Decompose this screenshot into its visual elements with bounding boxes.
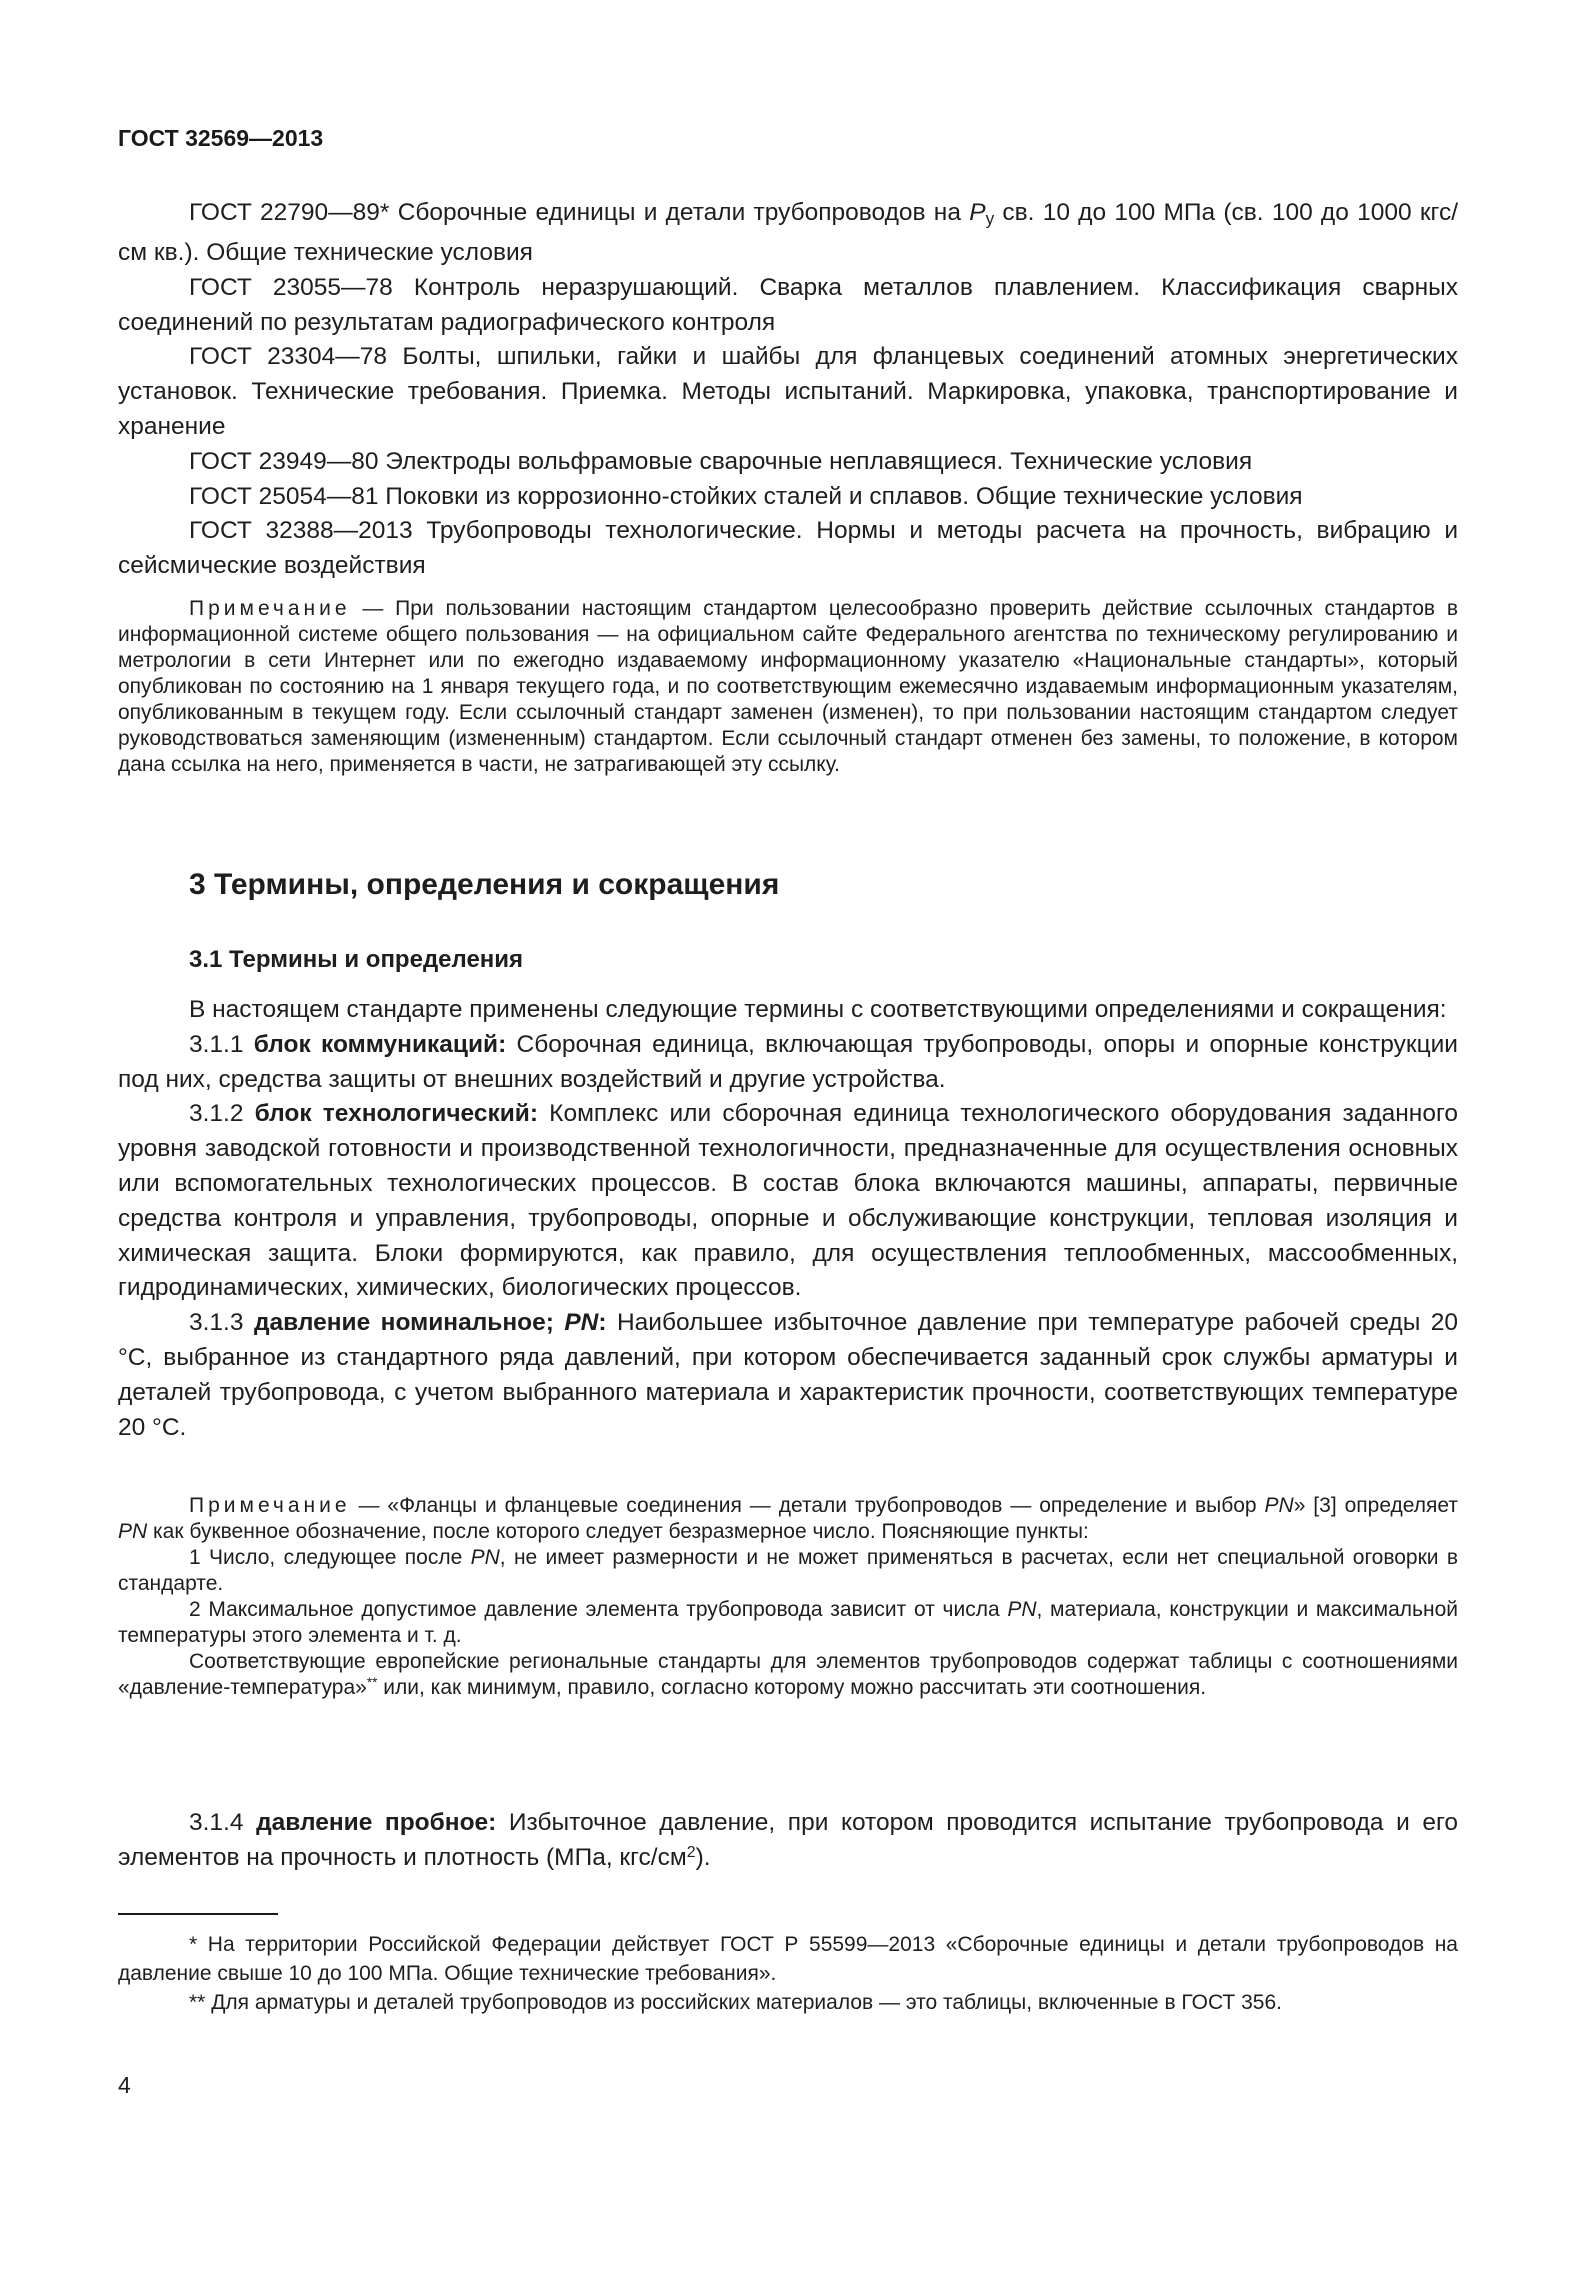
footnote-1: * На территории Российской Федерации дей… [118,1930,1458,1988]
subsection-3-1: 3.1 Термины и определения [118,946,1458,974]
note-text: — «Фланцы и фланцевые соединения — детал… [351,1494,1265,1517]
section-title: 3 Термины, определения и сокращения [118,868,1458,902]
note-text: как буквенное обозначение, после которог… [147,1520,1089,1543]
note-item-2: 2 Максимальное допустимое давление элеме… [118,1597,1458,1649]
term-3-1-1: 3.1.1 блок коммуникаций: Сборочная едини… [118,1028,1458,1098]
note-text: 1 Число, следующее после [189,1546,471,1569]
document-header-id: ГОСТ 32569—2013 [118,125,323,152]
reference-code: ГОСТ 32388—2013 [189,517,413,544]
footnote-mark: * [189,1933,208,1956]
note-text: 2 Максимальное допустимое давление элеме… [189,1598,1007,1621]
term-3-1-4: 3.1.4 давление пробное: Избыточное давле… [118,1806,1458,1876]
reference-item: ГОСТ 23949—80 Электроды вольфрамовые сва… [118,445,1458,480]
note-paragraph: Примечание — При пользовании настоящим с… [118,596,1458,778]
term-number: 3.1.4 [189,1809,256,1836]
pressure-subscript: y [986,208,995,228]
reference-code: ГОСТ 23055—78 [189,274,393,301]
footnotes: * На территории Российской Федерации дей… [118,1930,1458,2017]
pn-symbol: PN [1007,1598,1036,1621]
note-text: — При пользовании настоящим стандартом ц… [118,597,1458,776]
footnote-text: Для арматуры и деталей трубопроводов из … [211,1991,1282,2014]
footnote-divider [118,1913,278,1915]
term-3-1-3: 3.1.3 давление номинальное; PN: Наибольш… [118,1306,1458,1445]
term-name: давление номинальное; [254,1309,564,1336]
term-name: блок коммуникаций: [254,1031,507,1058]
pn-symbol: PN [1265,1494,1294,1517]
reference-item: ГОСТ 25054—81 Поковки из коррозионно-сто… [118,480,1458,515]
pressure-symbol: P [969,199,985,226]
reference-text: Электроды вольфрамовые сварочные неплавя… [385,448,1252,475]
note-text: или, как минимум, правило, согласно кото… [377,1676,1206,1699]
footnote-2: ** Для арматуры и деталей трубопроводов … [118,1988,1458,2017]
term-abbreviation: PN [564,1309,598,1336]
note-pn: Примечание — «Фланцы и фланцевые соедине… [118,1493,1458,1701]
term-3-1-4-block: 3.1.4 давление пробное: Избыточное давле… [118,1806,1458,1876]
note-label: Примечание [189,597,351,620]
superscript: 2 [687,1844,696,1861]
reference-text: Поковки из коррозионно-стойких сталей и … [385,483,1302,510]
references-list: ГОСТ 22790—89* Сборочные единицы и детал… [118,196,1458,584]
term-definition: ). [696,1844,711,1871]
term-colon: : [598,1309,606,1336]
reference-code: ГОСТ 23304—78 [189,343,387,370]
note-paragraph-2: Соответствующие европейские региональные… [118,1649,1458,1701]
reference-item: ГОСТ 32388—2013 Трубопроводы технологиче… [118,514,1458,584]
footnote-mark: ** [367,1675,378,1690]
reference-code: ГОСТ 22790—89* [189,199,389,226]
reference-item: ГОСТ 22790—89* Сборочные единицы и детал… [118,196,1458,271]
pn-symbol: PN [118,1520,147,1543]
pn-symbol: PN [471,1546,500,1569]
reference-code: ГОСТ 25054—81 [189,483,378,510]
footnote-mark: ** [189,1991,211,2014]
reference-item: ГОСТ 23304—78 Болты, шпильки, гайки и ша… [118,340,1458,444]
term-definition: Комплекс или сборочная единица технологи… [118,1100,1458,1301]
term-number: 3.1.3 [189,1309,254,1336]
footnote-text: На территории Российской Федерации дейст… [118,1933,1458,1985]
note-references: Примечание — При пользовании настоящим с… [118,596,1458,778]
reference-text: Сборочные единицы и детали трубопроводов… [398,199,970,226]
term-3-1-2: 3.1.2 блок технологический: Комплекс или… [118,1097,1458,1306]
page-number: 4 [118,2072,131,2099]
section-3: 3 Термины, определения и сокращения [118,868,1458,902]
term-number: 3.1.1 [189,1031,254,1058]
reference-item: ГОСТ 23055—78 Контроль неразрушающий. Св… [118,271,1458,341]
subsection-title: 3.1 Термины и определения [118,946,1458,974]
terms-intro: В настоящем стандарте применены следующи… [118,993,1458,1028]
note-paragraph: Примечание — «Фланцы и фланцевые соедине… [118,1493,1458,1545]
term-name: давление пробное: [256,1809,496,1836]
term-number: 3.1.2 [189,1100,255,1127]
terms-block: В настоящем стандарте применены следующи… [118,993,1458,1445]
note-label: Примечание [189,1494,351,1517]
reference-code: ГОСТ 23949—80 [189,448,378,475]
note-text: » [3] определяет [1294,1494,1458,1517]
note-item-1: 1 Число, следующее после PN, не имеет ра… [118,1545,1458,1597]
term-name: блок технологический: [255,1100,538,1127]
